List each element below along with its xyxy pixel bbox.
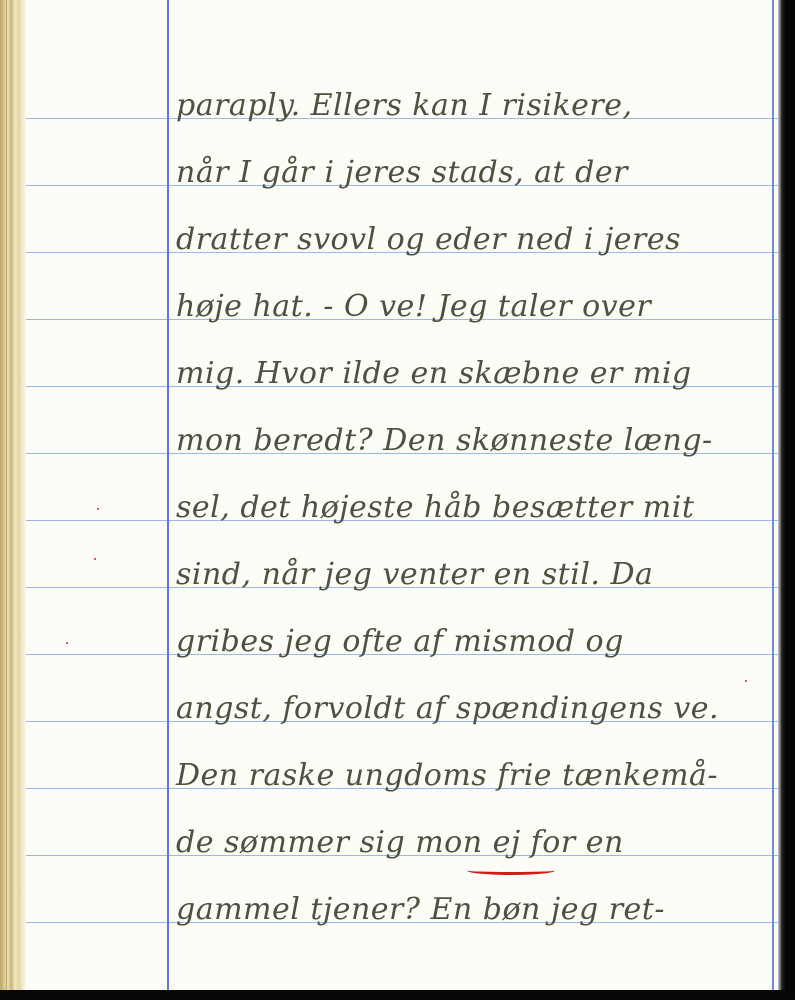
notebook-page: paraply. Ellers kan I risikere, når I gå…: [0, 0, 782, 990]
page-binding-edge: [0, 0, 26, 990]
ink-speck: [94, 558, 96, 560]
page-right-edge: [778, 0, 795, 1000]
handwritten-line: de sømmer sig mon ej for en: [176, 825, 776, 861]
handwritten-line: høje hat. - O ve! Jeg taler over: [176, 289, 776, 325]
red-correction-underline: [467, 866, 555, 875]
left-margin-line: [167, 0, 169, 990]
ink-speck: [97, 508, 99, 510]
ink-speck: [66, 642, 68, 644]
handwritten-line: mon beredt? Den skønneste læng-: [176, 423, 776, 459]
handwritten-line: angst, forvoldt af spændingens ve.: [176, 691, 776, 727]
ink-speck: [745, 680, 747, 682]
handwritten-line: når I går i jeres stads, at der: [176, 155, 776, 191]
handwritten-line: mig. Hvor ilde en skæbne er mig: [176, 356, 776, 392]
page-bottom-edge: [0, 990, 795, 1000]
handwritten-line: gribes jeg ofte af mismod og: [176, 624, 776, 660]
handwritten-line: paraply. Ellers kan I risikere,: [176, 88, 776, 124]
handwritten-line: dratter svovl og eder ned i jeres: [176, 222, 776, 258]
handwritten-line: Den raske ungdoms frie tænkemå-: [176, 758, 776, 794]
handwritten-line: sind, når jeg venter en stil. Da: [176, 557, 776, 593]
handwritten-line: sel, det højeste håb besætter mit: [176, 490, 776, 526]
handwritten-line: gammel tjener? En bøn jeg ret-: [176, 892, 776, 928]
